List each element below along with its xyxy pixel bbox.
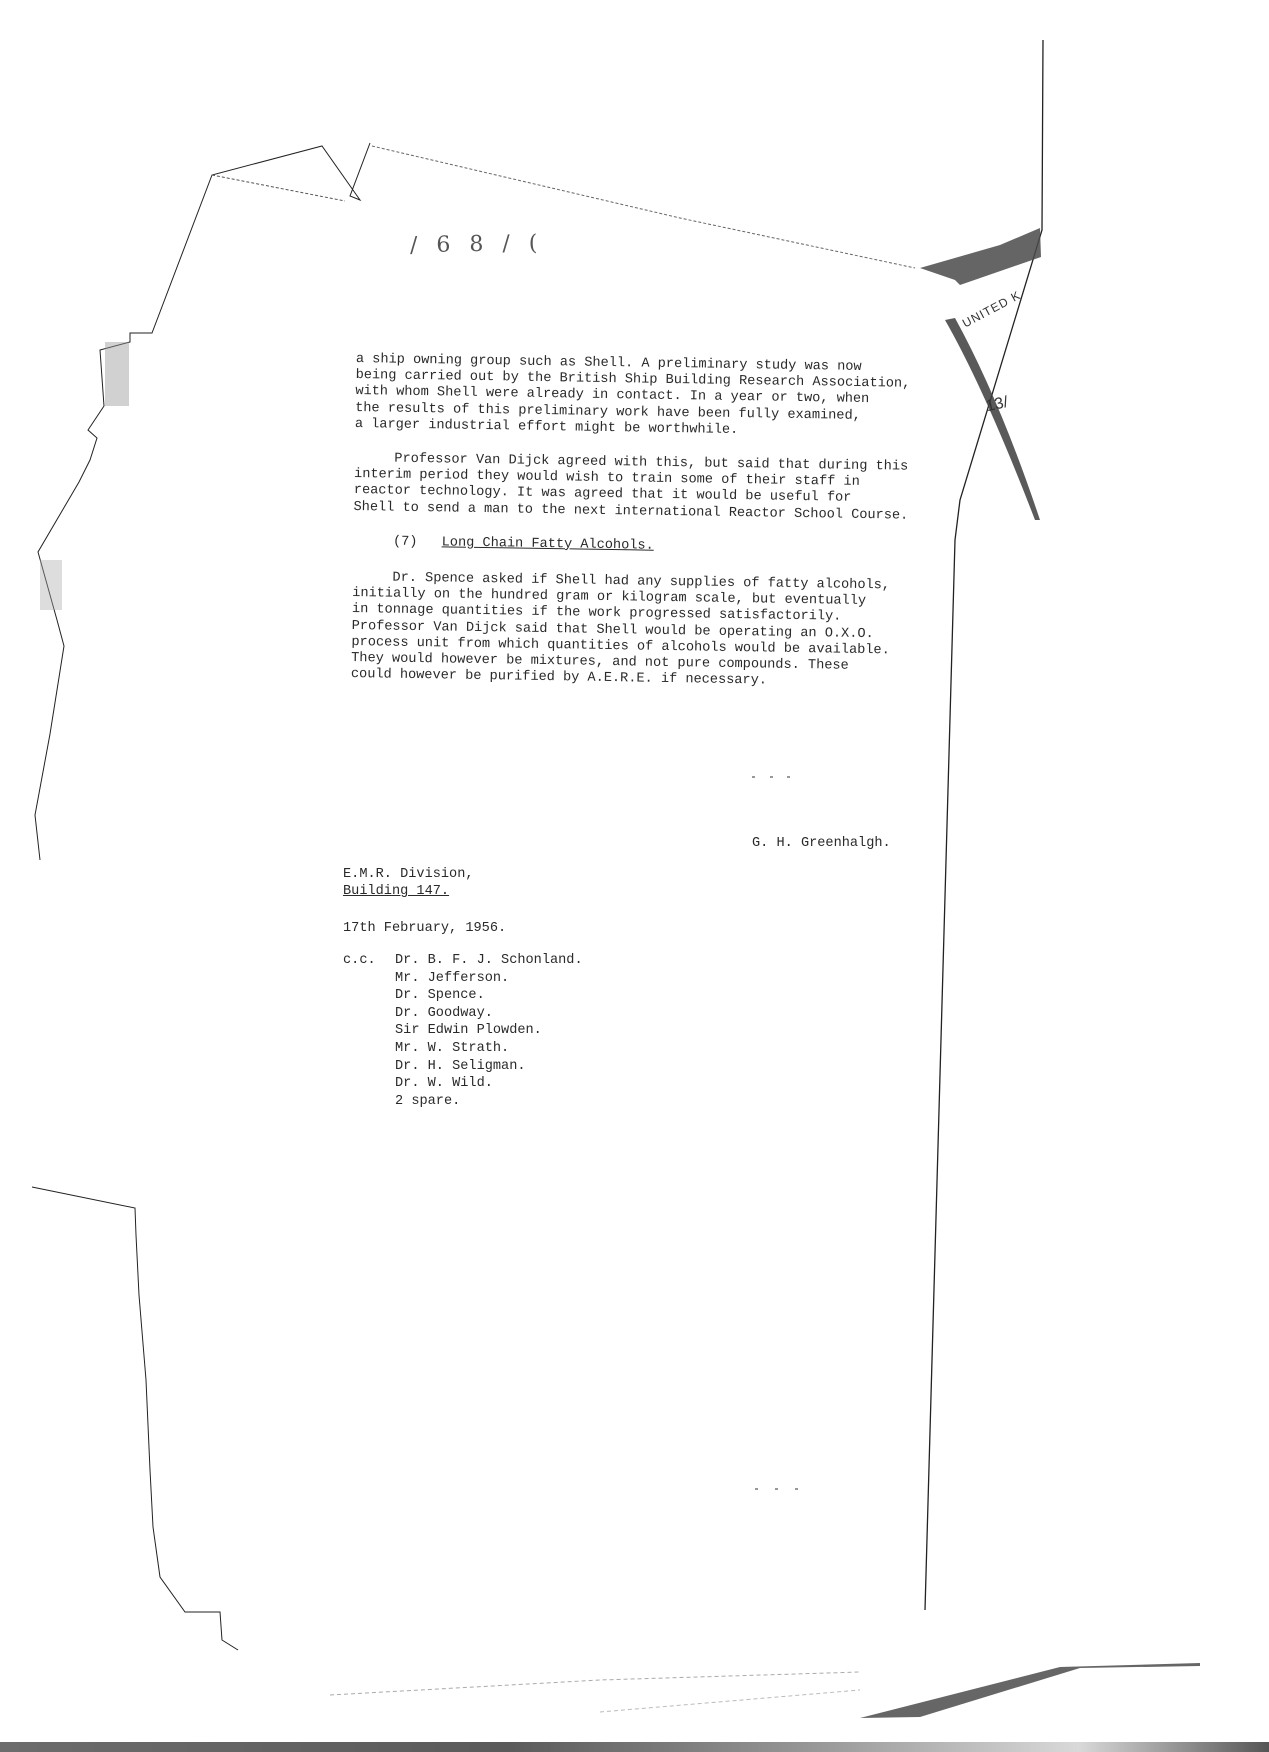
cc-label: c.c. xyxy=(343,952,395,1110)
scanned-page-outline xyxy=(0,0,1269,1752)
cc-recipient: 2 spare. xyxy=(395,1093,583,1111)
sender-block: E.M.R. Division, Building 147. 17th Febr… xyxy=(343,866,506,937)
cc-recipient: Dr. Spence. xyxy=(395,987,583,1005)
stamp-text: UNITED K xyxy=(960,288,1023,330)
signature: G. H. Greenhalgh. xyxy=(752,836,891,851)
scan-speck xyxy=(770,776,773,778)
scan-speck xyxy=(752,776,755,778)
cc-recipient: Mr. W. Strath. xyxy=(395,1040,583,1058)
memo-body: a ship owning group such as Shell. A pre… xyxy=(351,352,966,711)
paragraph-shipbuilding: a ship owning group such as Shell. A pre… xyxy=(355,352,966,443)
cc-recipient: Dr. W. Wild. xyxy=(395,1075,583,1093)
paragraph-reactor-training: Professor Van Dijck agreed with this, bu… xyxy=(353,451,964,525)
cc-recipient: Dr. H. Seligman. xyxy=(395,1058,583,1076)
sender-building: Building 147. xyxy=(343,883,506,900)
section-number: (7) xyxy=(393,534,418,549)
scanner-bottom-edge xyxy=(0,1742,1269,1752)
cc-recipient-list: Dr. B. F. J. Schonland. Mr. Jefferson. D… xyxy=(395,952,583,1110)
scan-speck xyxy=(795,1488,798,1490)
paragraph-fatty-alcohols: Dr. Spence asked if Shell had any suppli… xyxy=(351,570,963,693)
stamp-number-fragment: 13/ xyxy=(984,394,1010,416)
cc-recipient: Mr. Jefferson. xyxy=(395,970,583,988)
handwritten-page-mark: / 6 8 / ( xyxy=(410,231,544,258)
section-title: Long Chain Fatty Alcohols. xyxy=(442,535,654,553)
scan-speck xyxy=(755,1488,758,1490)
copies-block: c.c. Dr. B. F. J. Schonland. Mr. Jeffers… xyxy=(343,952,583,1110)
scan-speck xyxy=(787,776,790,778)
cc-recipient: Dr. B. F. J. Schonland. xyxy=(395,952,583,970)
cc-recipient: Sir Edwin Plowden. xyxy=(395,1022,583,1040)
memo-date: 17th February, 1956. xyxy=(343,920,506,937)
cc-recipient: Dr. Goodway. xyxy=(395,1005,583,1023)
scan-speck xyxy=(775,1488,778,1490)
section-heading-7: (7) Long Chain Fatty Alcohols. xyxy=(393,534,963,559)
sender-division: E.M.R. Division, xyxy=(343,866,506,883)
